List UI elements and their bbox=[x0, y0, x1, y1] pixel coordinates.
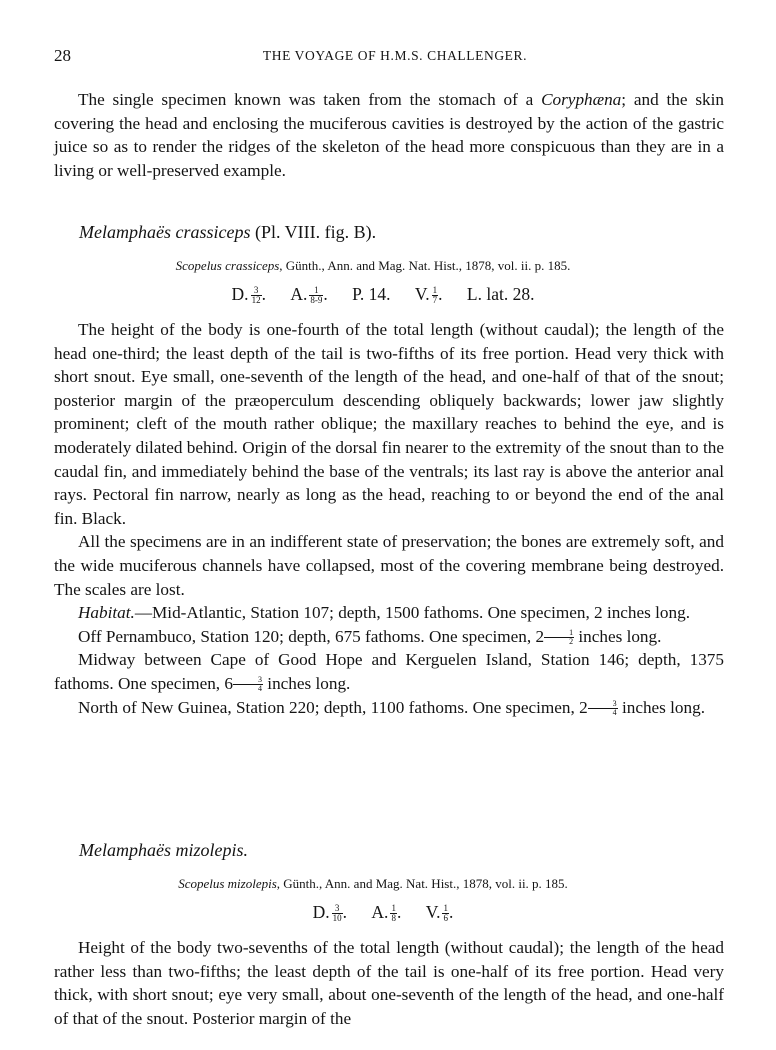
denominator: 4 bbox=[588, 709, 618, 717]
lateral-line: L. lat. 28. bbox=[467, 284, 535, 305]
fraction: 34 bbox=[588, 700, 618, 717]
habitat-tail: inches long. bbox=[574, 627, 661, 646]
fin-formula-crassiceps: D.312. A.18-9. P. 14. V.17. L. lat. 28. bbox=[0, 284, 776, 305]
fraction: 17 bbox=[432, 286, 439, 305]
species-name: Melamphaës mizolepis. bbox=[79, 840, 248, 860]
denominator: 6 bbox=[442, 914, 449, 923]
fin-pectoral: P. 14. bbox=[352, 284, 390, 305]
denominator: 2 bbox=[544, 638, 574, 646]
synonym-name: Scopelus mizolepis bbox=[178, 876, 277, 891]
fin-anal: A.18. bbox=[371, 902, 401, 923]
running-header: 28 THE VOYAGE OF H.M.S. CHALLENGER. bbox=[52, 46, 724, 68]
running-title: THE VOYAGE OF H.M.S. CHALLENGER. bbox=[52, 48, 724, 64]
fraction: 16 bbox=[442, 904, 449, 923]
description-crassiceps: The height of the body is one-fourth of … bbox=[54, 318, 724, 530]
fin-anal: A.18-9. bbox=[290, 284, 327, 305]
intro-text-start: The single specimen known was taken from… bbox=[78, 90, 541, 109]
habitat-entry: Midway between Cape of Good Hope and Ker… bbox=[54, 648, 724, 695]
denominator: 7 bbox=[432, 296, 439, 305]
intro-paragraph: The single specimen known was taken from… bbox=[54, 88, 724, 182]
mixed-fraction: 234 bbox=[579, 698, 618, 717]
mixed-fraction: 212 bbox=[535, 627, 574, 646]
synonym-mizolepis: Scopelus mizolepis, Günth., Ann. and Mag… bbox=[0, 876, 776, 892]
habitat-text: Midway between Cape of Good Hope and Ker… bbox=[54, 650, 724, 693]
whole-number: 2 bbox=[579, 698, 588, 717]
synonym-citation: , Günth., Ann. and Mag. Nat. Hist., 1878… bbox=[277, 876, 568, 891]
description-block-mizolepis: Height of the body two-sevenths of the t… bbox=[54, 936, 724, 1030]
denominator: 8 bbox=[390, 914, 397, 923]
synonym-citation: , Günth., Ann. and Mag. Nat. Hist., 1878… bbox=[279, 258, 570, 273]
species-heading-crassiceps: Melamphaës crassiceps (Pl. VIII. fig. B)… bbox=[79, 222, 376, 243]
fraction: 12 bbox=[544, 629, 574, 646]
fin-dorsal: D.312. bbox=[232, 284, 266, 305]
fraction: 34 bbox=[233, 676, 263, 693]
habitat-entry: North of New Guinea, Station 220; depth,… bbox=[54, 696, 724, 720]
denominator: 12 bbox=[251, 296, 262, 305]
fraction: 310 bbox=[332, 904, 343, 923]
fin-formula-mizolepis: D.310. A.18. V.16. bbox=[0, 902, 776, 923]
species-heading-mizolepis: Melamphaës mizolepis. bbox=[79, 840, 248, 861]
fin-label: A. bbox=[371, 902, 388, 922]
synonym-crassiceps: Scopelus crassiceps, Günth., Ann. and Ma… bbox=[0, 258, 776, 274]
fin-label: V. bbox=[415, 284, 430, 304]
habitat-entry: Habitat.—Mid-Atlantic, Station 107; dept… bbox=[54, 601, 724, 625]
habitat-label: Habitat. bbox=[78, 603, 135, 622]
denominator: 4 bbox=[233, 685, 263, 693]
fin-label: V. bbox=[426, 902, 441, 922]
plate-reference: (Pl. VIII. fig. B). bbox=[255, 222, 376, 242]
preservation-note: All the specimens are in an indifferent … bbox=[54, 530, 724, 601]
denominator: 8-9 bbox=[309, 296, 323, 305]
fraction: 18 bbox=[390, 904, 397, 923]
species-name: Melamphaës crassiceps bbox=[79, 222, 250, 242]
fin-dorsal: D.310. bbox=[313, 902, 347, 923]
synonym-name: Scopelus crassiceps bbox=[176, 258, 280, 273]
fin-label: D. bbox=[232, 284, 249, 304]
whole-number: 2 bbox=[535, 627, 544, 646]
whole-number: 6 bbox=[224, 674, 233, 693]
description-block-crassiceps: The height of the body is one-fourth of … bbox=[54, 318, 724, 719]
habitat-entry: Off Pernambuco, Station 120; depth, 675 … bbox=[54, 625, 724, 649]
fin-label: A. bbox=[290, 284, 307, 304]
genus-coryphaena: Coryphæna bbox=[541, 90, 621, 109]
description-mizolepis: Height of the body two-sevenths of the t… bbox=[54, 936, 724, 1030]
mixed-fraction: 634 bbox=[224, 674, 263, 693]
intro-paragraph-block: The single specimen known was taken from… bbox=[54, 88, 724, 182]
habitat-text: —Mid-Atlantic, Station 107; depth, 1500 … bbox=[135, 603, 690, 622]
fin-ventral: V.17. bbox=[415, 284, 443, 305]
habitat-tail: inches long. bbox=[263, 674, 350, 693]
habitat-text: Off Pernambuco, Station 120; depth, 675 … bbox=[78, 627, 535, 646]
fin-label: D. bbox=[313, 902, 330, 922]
fin-ventral: V.16. bbox=[426, 902, 454, 923]
fraction: 312 bbox=[251, 286, 262, 305]
fraction: 18-9 bbox=[309, 286, 323, 305]
document-page: 28 THE VOYAGE OF H.M.S. CHALLENGER. The … bbox=[0, 0, 776, 1050]
habitat-tail: inches long. bbox=[618, 698, 705, 717]
habitat-text: North of New Guinea, Station 220; depth,… bbox=[78, 698, 579, 717]
denominator: 10 bbox=[332, 914, 343, 923]
